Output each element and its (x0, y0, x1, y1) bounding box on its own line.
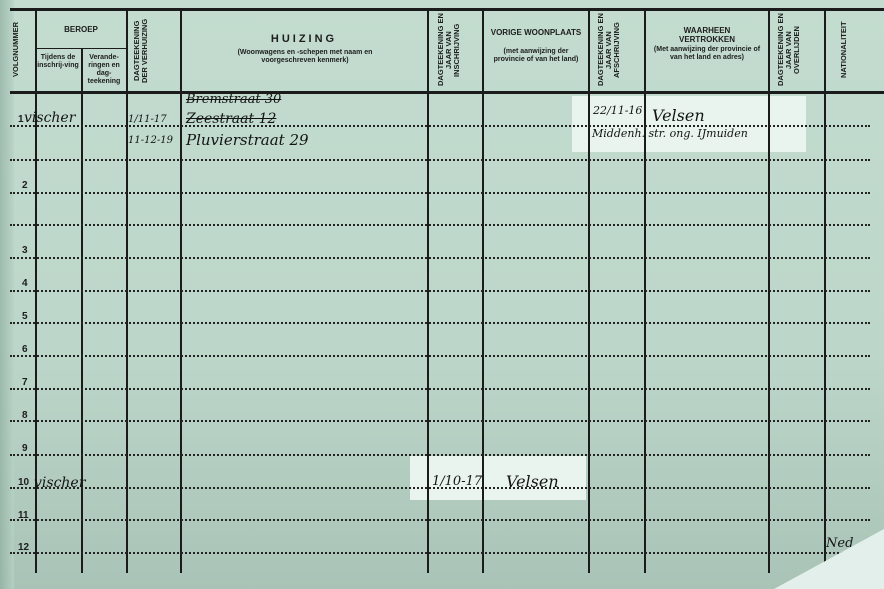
row-line (10, 552, 870, 554)
row-number: 4 (22, 278, 28, 289)
row1-beroep: vischer (24, 110, 75, 126)
col-line (588, 92, 590, 154)
header-vorige-sub: (met aanwijzing der provincie of van het… (490, 48, 582, 64)
header-volgnummer: VOLGNUMMER (12, 14, 32, 86)
col-line (482, 454, 484, 502)
row-number: 10 (18, 477, 29, 488)
row-line (10, 159, 870, 161)
row-number: 11 (18, 510, 29, 521)
row-line (10, 388, 870, 390)
top-rule (10, 8, 884, 11)
header-beroep-tijdens: Tijdens de inschrij-ving (37, 54, 79, 70)
row-line (10, 519, 870, 521)
row-line (10, 454, 870, 456)
row1-date-1: 1/11-17 (128, 114, 167, 125)
register-card: VOLGNUMMER BEROEP Tijdens de inschrij-vi… (0, 0, 884, 589)
row-line (10, 355, 870, 357)
row10-vorige-woonplaats: Velsen (506, 472, 559, 491)
header-bottom-rule (10, 91, 884, 94)
row10-beroep: vischer (34, 475, 85, 491)
row-number: 7 (22, 377, 28, 388)
row-number: 2 (22, 180, 28, 191)
row1-date-2: 11-12-19 (128, 135, 173, 146)
torn-corner (774, 529, 884, 589)
col-line (81, 49, 83, 573)
header-beroep-veranderingen: Verande-ringen en dag-teekening (83, 54, 125, 86)
row-line (10, 224, 870, 226)
header-huizing-sub: (Woonwagens en -schepen met naam en voor… (215, 49, 395, 65)
col-line (427, 454, 429, 502)
row1-afschrijving: 22/11-16 (593, 104, 642, 117)
row1-address-struck: Bremstraat 30 (186, 92, 281, 107)
header-datum-overlijden: DAGTEEKENING EN JAAR VAN OVERLIJDEN (777, 12, 815, 88)
row1-address-1: Zeestraat 12 (186, 111, 276, 127)
col-line (768, 92, 770, 154)
header-beroep: BEROEP (36, 26, 126, 34)
row-number: 5 (22, 311, 28, 322)
row-line (10, 257, 870, 259)
row-number: 9 (22, 443, 28, 454)
header-waarheen: WAARHEEN VERTROKKEN (665, 26, 749, 44)
row-number: 6 (22, 344, 28, 355)
row10-inschrijving: 1/10-17 (432, 474, 482, 489)
row-line (10, 322, 870, 324)
header-nationaliteit: NATIONALITEIT (840, 14, 854, 86)
row-line (10, 420, 870, 422)
row-line (10, 192, 870, 194)
row-line (10, 290, 870, 292)
row-number: 12 (18, 542, 29, 553)
col-line (644, 92, 646, 154)
header-datum-inschrijving: DAGTEEKENING EN JAAR VAN INSCHRIJVING (437, 12, 473, 88)
row1-waarheen-line2: Middenh. str. ong. IJmuiden (592, 127, 748, 140)
row1-address-2: Pluvierstraat 29 (186, 131, 309, 149)
row1-waarheen: Velsen (652, 106, 705, 125)
header-waarheen-sub: (Met aanwijzing der provincie of van het… (650, 46, 764, 62)
row-number: 3 (22, 245, 28, 256)
row-number: 8 (22, 410, 28, 421)
header-huizing: HUIZING (182, 33, 426, 45)
row-number: 1 (18, 114, 24, 125)
header-vorige-woonplaats: VORIGE WOONPLAATS (484, 28, 588, 37)
header-datum-afschrijving: DAGTEEKENING EN JAAR VAN AFSCHRIJVING (597, 12, 635, 88)
header-datum-verhuizing: DAGTEEKENING DER VERHUIZING (133, 14, 173, 88)
